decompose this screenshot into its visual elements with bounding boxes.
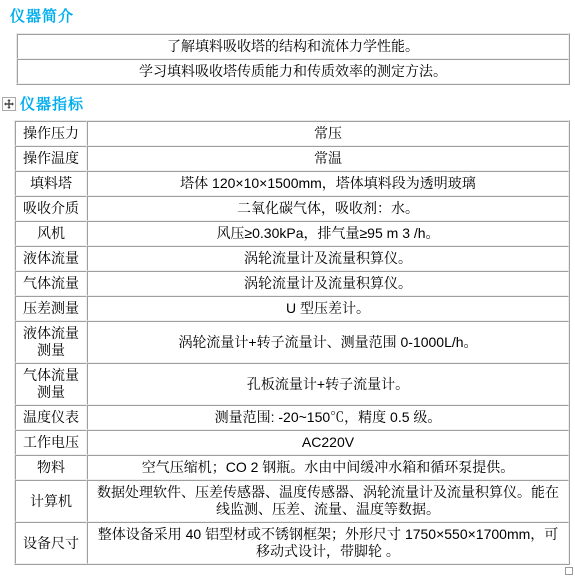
spec-row: 风机风压≥0.30kPa，排气量≥95 m 3 /h。 xyxy=(15,221,569,246)
intro-table: 了解填料吸收塔的结构和流体力学性能。学习填料吸收塔传质能力和传质效率的测定方法。 xyxy=(16,33,570,85)
spec-label: 填料塔 xyxy=(15,171,87,196)
spec-value: U 型压差计。 xyxy=(87,296,569,321)
spec-label: 物料 xyxy=(15,455,87,480)
spec-row: 操作压力常压 xyxy=(15,121,569,146)
spec-value: 测量范围: -20~150℃，精度 0.5 级。 xyxy=(87,405,569,430)
spec-table-body: 操作压力常压操作温度常温填料塔塔体 120×10×1500mm，塔体填料段为透明… xyxy=(15,121,569,564)
spec-row: 设备尺寸整体设备采用 40 铝型材或不锈钢框架；外形尺寸 1750×550×17… xyxy=(15,522,569,564)
spec-label: 风机 xyxy=(15,221,87,246)
spec-section-title: 仪器指标 xyxy=(20,93,84,114)
spec-table: 操作压力常压操作温度常温填料塔塔体 120×10×1500mm，塔体填料段为透明… xyxy=(14,120,570,565)
spec-label: 温度仪表 xyxy=(15,405,87,430)
spec-row: 物料空气压缩机；CO 2 钢瓶。水由中间缓冲水箱和循环泵提供。 xyxy=(15,455,569,480)
spec-row: 压差测量U 型压差计。 xyxy=(15,296,569,321)
spec-value: 孔板流量计+转子流量计。 xyxy=(87,363,569,405)
spec-value: 涡轮流量计+转子流量计、测量范围 0-1000L/h。 xyxy=(87,321,569,363)
intro-row: 学习填料吸收塔传质能力和传质效率的测定方法。 xyxy=(17,59,569,84)
spec-value: 整体设备采用 40 铝型材或不锈钢框架；外形尺寸 1750×550×1700mm… xyxy=(87,522,569,564)
spec-value: 二氧化碳气体，吸收剂：水。 xyxy=(87,196,569,221)
spec-label: 气体流量测量 xyxy=(15,363,87,405)
spec-label: 工作电压 xyxy=(15,430,87,455)
spec-row: 吸收介质二氧化碳气体，吸收剂：水。 xyxy=(15,196,569,221)
spec-value: 常压 xyxy=(87,121,569,146)
spec-section-header: 仪器指标 xyxy=(2,93,575,114)
spec-row: 气体流量测量孔板流量计+转子流量计。 xyxy=(15,363,569,405)
spec-label: 气体流量 xyxy=(15,271,87,296)
intro-cell: 学习填料吸收塔传质能力和传质效率的测定方法。 xyxy=(17,59,569,84)
spec-label: 压差测量 xyxy=(15,296,87,321)
spec-label: 操作温度 xyxy=(15,146,87,171)
table-move-handle[interactable] xyxy=(2,97,16,111)
spec-value: 数据处理软件、压差传感器、温度传感器、涡轮流量计及流量积算仪。能在线监测、压差、… xyxy=(87,480,569,522)
spec-value: 空气压缩机；CO 2 钢瓶。水由中间缓冲水箱和循环泵提供。 xyxy=(87,455,569,480)
intro-cell: 了解填料吸收塔的结构和流体力学性能。 xyxy=(17,34,569,59)
spec-value: 塔体 120×10×1500mm，塔体填料段为透明玻璃 xyxy=(87,171,569,196)
move-icon xyxy=(4,99,14,109)
spec-label: 计算机 xyxy=(15,480,87,522)
spec-value: 涡轮流量计及流量积算仪。 xyxy=(87,271,569,296)
intro-row: 了解填料吸收塔的结构和流体力学性能。 xyxy=(17,34,569,59)
spec-value: AC220V xyxy=(87,430,569,455)
spec-value: 风压≥0.30kPa，排气量≥95 m 3 /h。 xyxy=(87,221,569,246)
spec-row: 填料塔塔体 120×10×1500mm，塔体填料段为透明玻璃 xyxy=(15,171,569,196)
spec-row: 液体流量涡轮流量计及流量积算仪。 xyxy=(15,246,569,271)
page: 仪器简介 了解填料吸收塔的结构和流体力学性能。学习填料吸收塔传质能力和传质效率的… xyxy=(0,0,575,565)
spec-value: 常温 xyxy=(87,146,569,171)
spec-row: 液体流量测量涡轮流量计+转子流量计、测量范围 0-1000L/h。 xyxy=(15,321,569,363)
spec-label: 操作压力 xyxy=(15,121,87,146)
spec-row: 气体流量涡轮流量计及流量积算仪。 xyxy=(15,271,569,296)
intro-section-title: 仪器简介 xyxy=(10,5,575,26)
spec-row: 工作电压AC220V xyxy=(15,430,569,455)
spec-label: 吸收介质 xyxy=(15,196,87,221)
spec-label: 设备尺寸 xyxy=(15,522,87,564)
spec-value: 涡轮流量计及流量积算仪。 xyxy=(87,246,569,271)
spec-row: 温度仪表测量范围: -20~150℃，精度 0.5 级。 xyxy=(15,405,569,430)
intro-table-body: 了解填料吸收塔的结构和流体力学性能。学习填料吸收塔传质能力和传质效率的测定方法。 xyxy=(17,34,569,84)
spec-label: 液体流量 xyxy=(15,246,87,271)
spec-row: 操作温度常温 xyxy=(15,146,569,171)
table-resize-handle[interactable] xyxy=(565,567,573,575)
spec-row: 计算机数据处理软件、压差传感器、温度传感器、涡轮流量计及流量积算仪。能在线监测、… xyxy=(15,480,569,522)
spec-label: 液体流量测量 xyxy=(15,321,87,363)
